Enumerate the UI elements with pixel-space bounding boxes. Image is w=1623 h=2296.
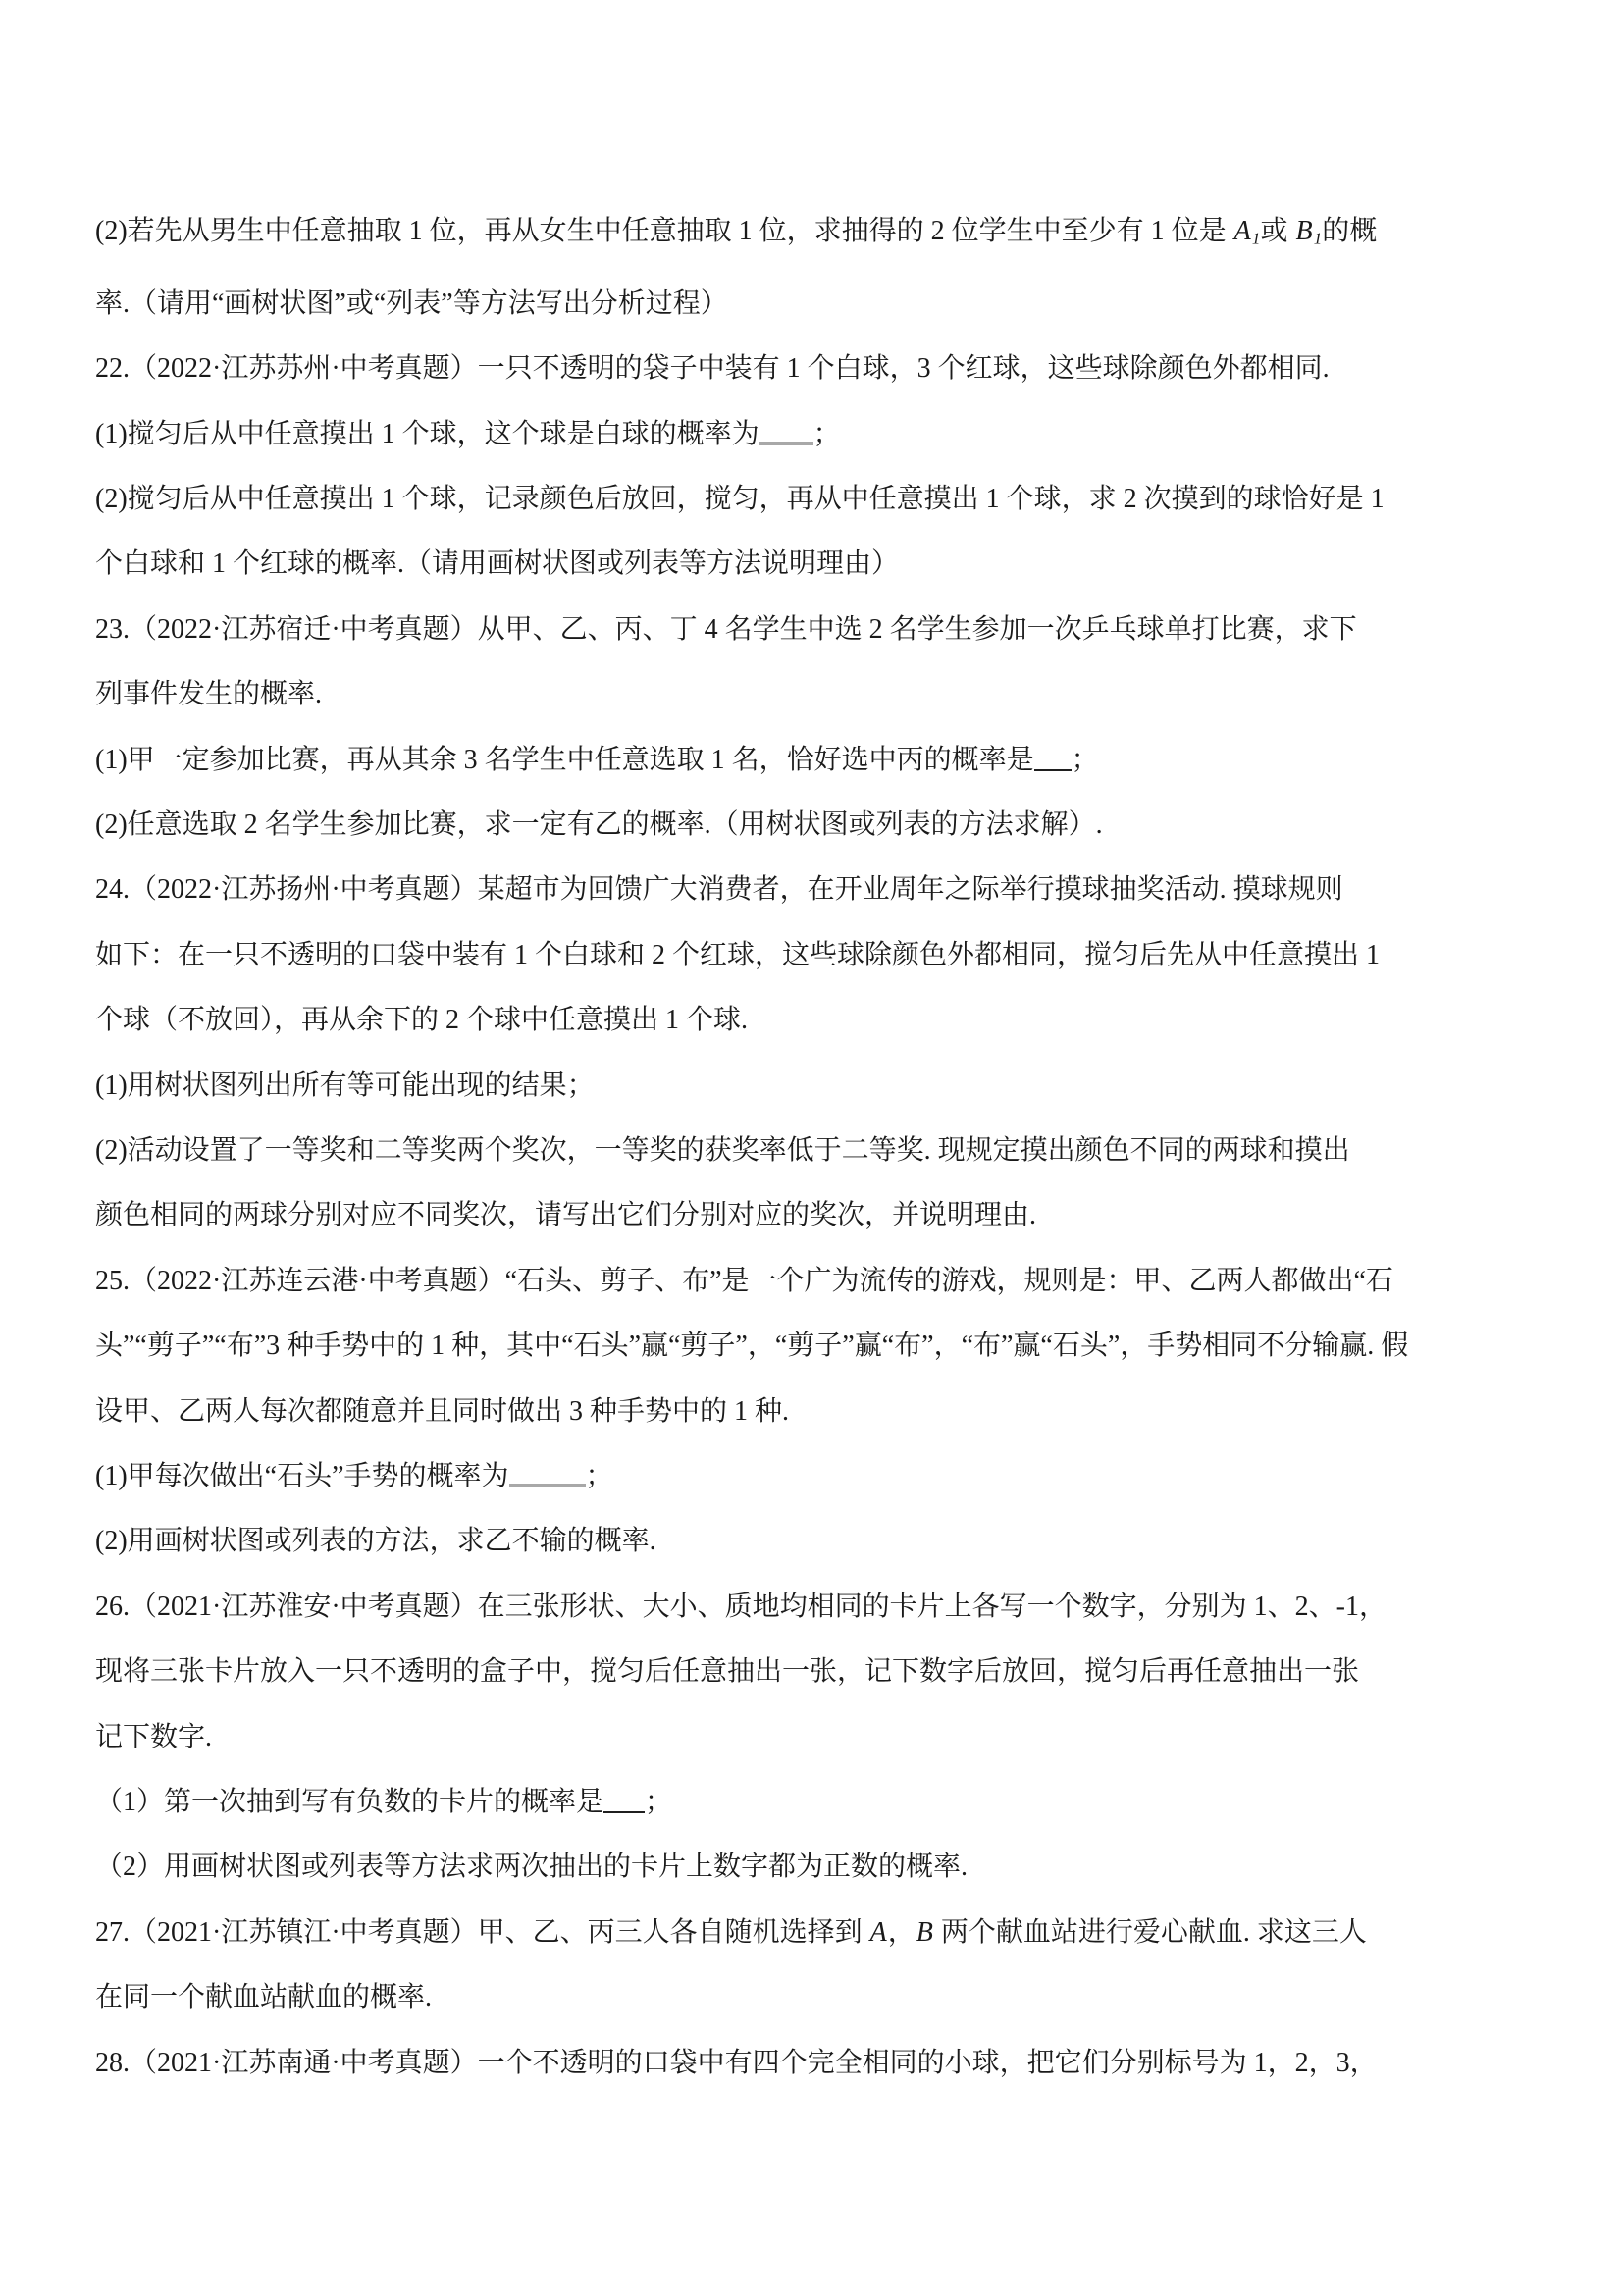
text-segment: ；	[645, 1787, 672, 1817]
text-line: 列事件发生的概率.	[95, 662, 1567, 727]
text-line: 24.（2022·江苏扬州·中考真题）某超市为回馈广大消费者，在开业周年之际举行…	[95, 858, 1567, 922]
text-line: 头”“剪子”“布”3 种手势中的 1 种，其中“石头”赢“剪子”，“剪子”赢“布…	[95, 1314, 1567, 1379]
text-line: (2)若先从男生中任意抽取 1 位，再从女生中任意抽取 1 位，求抽得的 2 位…	[95, 199, 1567, 272]
text-segment: 25.（2022·江苏连云港·中考真题）“石头、剪子、布”是一个广为流传的游戏，…	[95, 1266, 1393, 1296]
text-line: 23.（2022·江苏宿迁·中考真题）从甲、乙、丙、丁 4 名学生中选 2 名学…	[95, 598, 1567, 662]
text-segment: (1)搅匀后从中任意摸出 1 个球，这个球是白球的概率为	[95, 419, 759, 449]
text-segment: （2）用画树状图或列表等方法求两次抽出的卡片上数字都为正数的概率.	[95, 1852, 968, 1882]
text-segment: A	[869, 1917, 888, 1948]
answer-blank	[1034, 746, 1072, 771]
text-line: 记下数字.	[95, 1705, 1567, 1770]
answer-blank	[603, 1788, 645, 1813]
text-line: (1)用树状图列出所有等可能出现的结果；	[95, 1054, 1567, 1119]
text-line: 颜色相同的两球分别对应不同奖次，请写出它们分别对应的奖次，并说明理由.	[95, 1183, 1567, 1248]
text-line: (1)甲每次做出“石头”手势的概率为；	[95, 1444, 1567, 1509]
text-segment: B	[1294, 216, 1313, 246]
text-segment: ；	[586, 1461, 613, 1491]
text-segment: 个球（不放回），再从余下的 2 个球中任意摸出 1 个球.	[95, 1005, 748, 1035]
text-line: (1)甲一定参加比赛，再从其余 3 名学生中任意选取 1 名，恰好选中丙的概率是…	[95, 728, 1567, 793]
document-body: (2)若先从男生中任意抽取 1 位，再从女生中任意抽取 1 位，求抽得的 2 位…	[95, 199, 1567, 2096]
text-segment: 率.（请用“画树状图”或“列表”等方法写出分析过程）	[95, 288, 728, 319]
text-segment: (2)活动设置了一等奖和二等奖两个奖次，一等奖的获奖率低于二等奖. 现规定摸出颜…	[95, 1135, 1350, 1166]
text-segment: ；	[813, 419, 841, 449]
text-segment: A	[1233, 216, 1252, 246]
text-segment: 列事件发生的概率.	[95, 679, 322, 709]
text-segment: (2)任意选取 2 名学生参加比赛，求一定有乙的概率.（用树状图或列表的方法求解…	[95, 809, 1103, 840]
text-segment: B	[916, 1917, 934, 1948]
text-segment: 1	[1314, 229, 1323, 247]
text-segment: (1)甲一定参加比赛，再从其余 3 名学生中任意选取 1 名，恰好选中丙的概率是	[95, 745, 1034, 775]
text-line: (2)用画树状图或列表的方法，求乙不输的概率.	[95, 1509, 1567, 1574]
text-segment: 设甲、乙两人每次都随意并且同时做出 3 种手势中的 1 种.	[95, 1396, 789, 1427]
text-segment: (1)甲每次做出“石头”手势的概率为	[95, 1461, 509, 1491]
text-segment: 或	[1260, 216, 1294, 246]
text-line: 个球（不放回），再从余下的 2 个球中任意摸出 1 个球.	[95, 988, 1567, 1053]
text-line: 个白球和 1 个红球的概率.（请用画树状图或列表等方法说明理由）	[95, 532, 1567, 597]
text-line: 设甲、乙两人每次都随意并且同时做出 3 种手势中的 1 种.	[95, 1380, 1567, 1444]
text-segment: ；	[1072, 745, 1099, 775]
text-line: (2)活动设置了一等奖和二等奖两个奖次，一等奖的获奖率低于二等奖. 现规定摸出颜…	[95, 1119, 1567, 1183]
text-segment: 的概	[1322, 216, 1377, 246]
text-segment: (1)用树状图列出所有等可能出现的结果；	[95, 1070, 595, 1101]
text-segment: 现将三张卡片放入一只不透明的盒子中，搅匀后任意抽出一张，记下数字后放回，搅匀后再…	[95, 1656, 1359, 1687]
text-segment: ，	[888, 1917, 916, 1948]
text-line: （2）用画树状图或列表等方法求两次抽出的卡片上数字都为正数的概率.	[95, 1835, 1567, 1900]
text-segment: (2)用画树状图或列表的方法，求乙不输的概率.	[95, 1526, 656, 1556]
text-line: 在同一个献血站献血的概率.	[95, 1965, 1567, 2030]
text-segment: (2)若先从男生中任意抽取 1 位，再从女生中任意抽取 1 位，求抽得的 2 位…	[95, 216, 1233, 246]
text-segment: 如下：在一只不透明的口袋中装有 1 个白球和 2 个红球，这些球除颜色外都相同，…	[95, 940, 1380, 970]
document-page: (2)若先从男生中任意抽取 1 位，再从女生中任意抽取 1 位，求抽得的 2 位…	[0, 0, 1623, 2296]
text-line: 如下：在一只不透明的口袋中装有 1 个白球和 2 个红球，这些球除颜色外都相同，…	[95, 923, 1567, 988]
text-line: (1)搅匀后从中任意摸出 1 个球，这个球是白球的概率为；	[95, 402, 1567, 467]
answer-blank	[509, 1460, 586, 1487]
text-segment: (2)搅匀后从中任意摸出 1 个球，记录颜色后放回，搅匀，再从中任意摸出 1 个…	[95, 484, 1385, 514]
text-segment: 在同一个献血站献血的概率.	[95, 1982, 432, 2012]
text-line: 26.（2021·江苏淮安·中考真题）在三张形状、大小、质地均相同的卡片上各写一…	[95, 1575, 1567, 1640]
text-segment: 头”“剪子”“布”3 种手势中的 1 种，其中“石头”赢“剪子”，“剪子”赢“布…	[95, 1331, 1408, 1361]
text-line: （1）第一次抽到写有负数的卡片的概率是；	[95, 1770, 1567, 1835]
text-segment: 记下数字.	[95, 1722, 212, 1752]
text-line: 27.（2021·江苏镇江·中考真题）甲、乙、丙三人各自随机选择到 A，B 两个…	[95, 1901, 1567, 1965]
text-line: 现将三张卡片放入一只不透明的盒子中，搅匀后任意抽出一张，记下数字后放回，搅匀后再…	[95, 1640, 1567, 1704]
text-segment: 23.（2022·江苏宿迁·中考真题）从甲、乙、丙、丁 4 名学生中选 2 名学…	[95, 614, 1357, 645]
text-segment: 个白球和 1 个红球的概率.（请用画树状图或列表等方法说明理由）	[95, 548, 899, 579]
text-line: 25.（2022·江苏连云港·中考真题）“石头、剪子、布”是一个广为流传的游戏，…	[95, 1249, 1567, 1314]
answer-blank	[759, 418, 813, 445]
text-line: 28.（2021·江苏南通·中考真题）一个不透明的口袋中有四个完全相同的小球，把…	[95, 2031, 1567, 2096]
text-line: (2)任意选取 2 名学生参加比赛，求一定有乙的概率.（用树状图或列表的方法求解…	[95, 793, 1567, 858]
text-segment: 28.（2021·江苏南通·中考真题）一个不透明的口袋中有四个完全相同的小球，把…	[95, 2048, 1378, 2078]
text-line: 率.（请用“画树状图”或“列表”等方法写出分析过程）	[95, 272, 1567, 337]
text-segment: 24.（2022·江苏扬州·中考真题）某超市为回馈广大消费者，在开业周年之际举行…	[95, 874, 1343, 905]
text-segment: 颜色相同的两球分别对应不同奖次，请写出它们分别对应的奖次，并说明理由.	[95, 1200, 1036, 1230]
text-line: 22.（2022·江苏苏州·中考真题）一只不透明的袋子中装有 1 个白球，3 个…	[95, 337, 1567, 401]
text-segment: （1）第一次抽到写有负数的卡片的概率是	[95, 1787, 603, 1817]
text-segment: 22.（2022·江苏苏州·中考真题）一只不透明的袋子中装有 1 个白球，3 个…	[95, 353, 1330, 384]
text-segment: 两个献血站进行爱心献血. 求这三人	[934, 1917, 1367, 1948]
text-segment: 26.（2021·江苏淮安·中考真题）在三张形状、大小、质地均相同的卡片上各写一…	[95, 1592, 1387, 1622]
text-line: (2)搅匀后从中任意摸出 1 个球，记录颜色后放回，搅匀，再从中任意摸出 1 个…	[95, 467, 1567, 532]
text-segment: 27.（2021·江苏镇江·中考真题）甲、乙、丙三人各自随机选择到	[95, 1917, 869, 1948]
